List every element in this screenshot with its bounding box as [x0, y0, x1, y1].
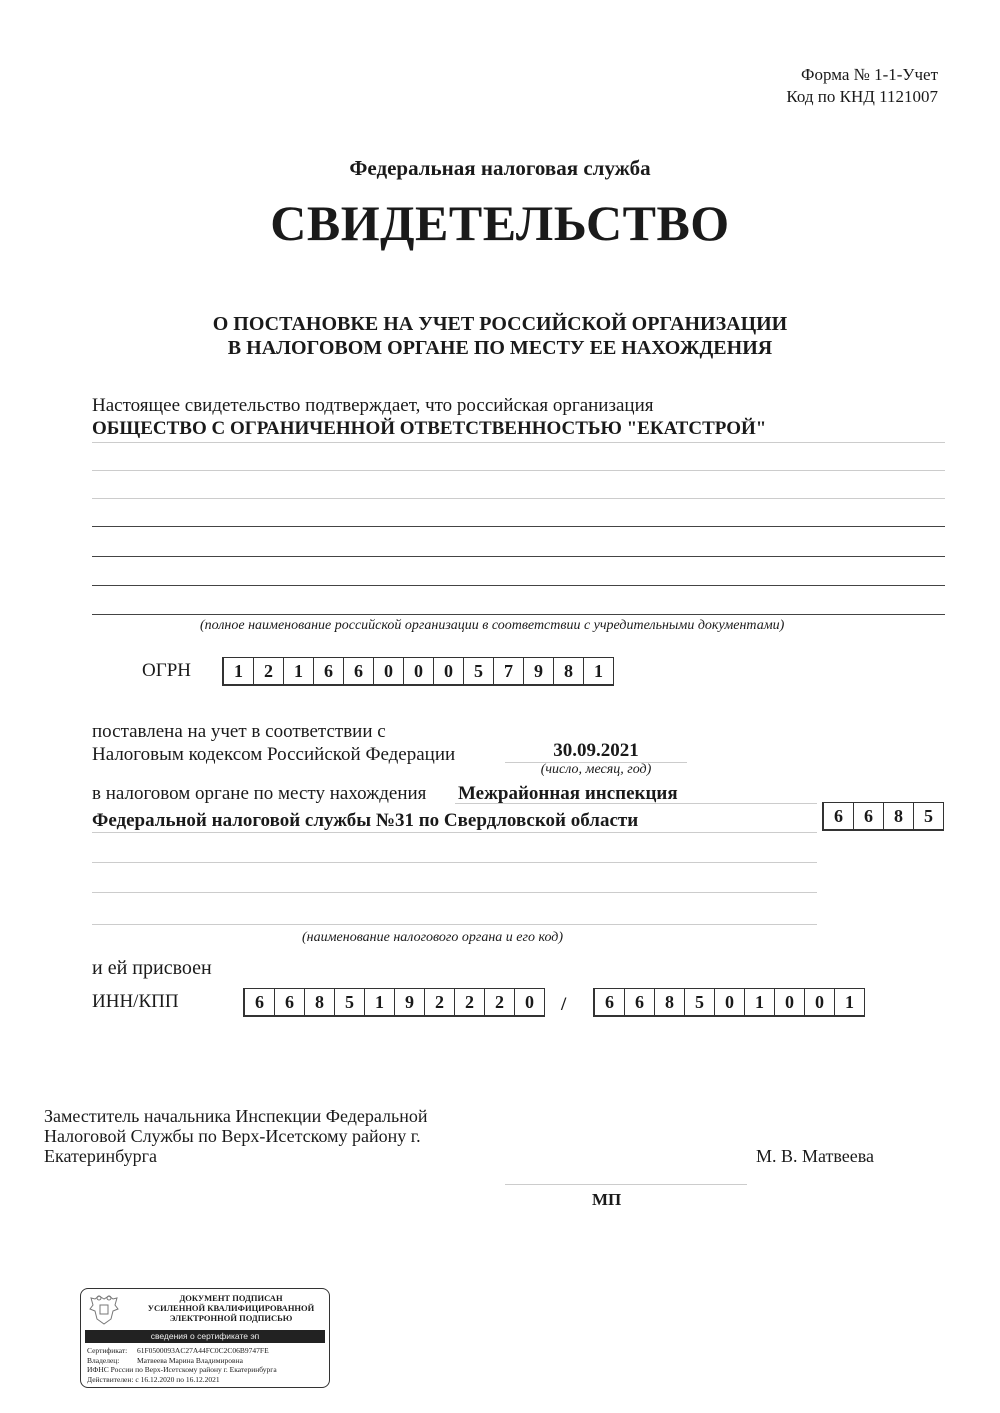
- inn-digit: 0: [515, 989, 545, 1015]
- kpp-digit: 1: [745, 989, 775, 1015]
- signature-line: [505, 1184, 747, 1185]
- ogrn-digit: 1: [224, 658, 254, 684]
- inn-digit: 2: [485, 989, 515, 1015]
- field-line: [92, 862, 817, 863]
- stamp-heading-3: ЭЛЕКТРОННОЙ ПОДПИСЬЮ: [141, 1313, 321, 1323]
- inn-digit: 2: [455, 989, 485, 1015]
- ogrn-digit: 9: [524, 658, 554, 684]
- coat-of-arms-icon: [87, 1293, 121, 1327]
- field-line: [92, 924, 817, 925]
- authority-code-digit: 5: [914, 803, 944, 829]
- intro-text: Настоящее свидетельство подтверждает, чт…: [92, 395, 653, 417]
- ogrn-digit: 5: [464, 658, 494, 684]
- stamp-bar: сведения о сертификате эп: [85, 1330, 325, 1343]
- organization-name: ОБЩЕСТВО С ОГРАНИЧЕННОЙ ОТВЕТСТВЕННОСТЬЮ…: [92, 418, 766, 440]
- field-line: [92, 556, 945, 557]
- ogrn-digit: 0: [404, 658, 434, 684]
- stamp-heading-1: ДОКУМЕНТ ПОДПИСАН: [141, 1293, 321, 1303]
- inn-digit: 8: [305, 989, 335, 1015]
- field-line: [92, 614, 945, 615]
- inn-digit: 5: [335, 989, 365, 1015]
- field-line: [92, 470, 945, 471]
- stamp-heading-2: УСИЛЕННОЙ КВАЛИФИЦИРОВАННОЙ: [141, 1303, 321, 1313]
- kpp-digit: 0: [775, 989, 805, 1015]
- registration-date: 30.09.2021: [505, 740, 687, 762]
- assigned-label: и ей присвоен: [92, 957, 212, 980]
- signer-position: Заместитель начальника Инспекции Федерал…: [44, 1106, 428, 1166]
- authority-name-part-1: Межрайонная инспекция: [458, 783, 678, 805]
- inn-digit: 9: [395, 989, 425, 1015]
- document-title: СВИДЕТЕЛЬСТВО: [0, 194, 1000, 252]
- authority-name-part-2: Федеральной налоговой службы №31 по Свер…: [92, 810, 638, 832]
- certificate-label: Сертификат:: [87, 1346, 137, 1356]
- document-subtitle: О ПОСТАНОВКЕ НА УЧЕТ РОССИЙСКОЙ ОРГАНИЗА…: [0, 312, 1000, 360]
- agency-name: Федеральная налоговая служба: [0, 156, 1000, 181]
- e-signature-stamp: ДОКУМЕНТ ПОДПИСАН УСИЛЕННОЙ КВАЛИФИЦИРОВ…: [80, 1288, 330, 1388]
- authority-label: в налоговом органе по месту нахождения: [92, 783, 426, 805]
- owner-value: Матвеева Марина Владимировна: [137, 1356, 243, 1365]
- kpp-digit: 6: [595, 989, 625, 1015]
- ogrn-digit: 6: [314, 658, 344, 684]
- ogrn-digit: 8: [554, 658, 584, 684]
- kpp-digit: 0: [805, 989, 835, 1015]
- ogrn-digit: 7: [494, 658, 524, 684]
- kpp-digit: 0: [715, 989, 745, 1015]
- ogrn-digit: 2: [254, 658, 284, 684]
- inn-kpp-label: ИНН/КПП: [92, 991, 179, 1013]
- form-identifier: Форма № 1-1-Учет Код по КНД 1121007: [786, 64, 938, 108]
- kpp-digit: 6: [625, 989, 655, 1015]
- registration-line-2: Налоговым кодексом Российской Федерации: [92, 744, 455, 766]
- ogrn-digit: 0: [374, 658, 404, 684]
- subtitle-line-2: В НАЛОГОВОМ ОРГАНЕ ПО МЕСТУ ЕЕ НАХОЖДЕНИ…: [0, 336, 1000, 360]
- position-line-1: Заместитель начальника Инспекции Федерал…: [44, 1106, 428, 1126]
- authority-code-digit: 6: [824, 803, 854, 829]
- ogrn-digit: 1: [584, 658, 614, 684]
- position-line-2: Налоговой Службы по Верх-Исетскому район…: [44, 1126, 428, 1146]
- kpp-digit: 1: [835, 989, 865, 1015]
- field-line: [92, 526, 945, 527]
- date-hint: (число, месяц, год): [505, 762, 687, 778]
- field-line: [455, 803, 817, 804]
- kpp-digit: 8: [655, 989, 685, 1015]
- ogrn-digit: 1: [284, 658, 314, 684]
- inn-cells: 6685192220: [243, 988, 545, 1017]
- issuer-value: ИФНС России по Верх-Исетскому району г. …: [87, 1365, 325, 1375]
- validity-value: Действителен: с 16.12.2020 по 16.12.2021: [87, 1375, 325, 1385]
- field-line: [92, 585, 945, 586]
- position-line-3: Екатеринбурга: [44, 1146, 428, 1166]
- subtitle-line-1: О ПОСТАНОВКЕ НА УЧЕТ РОССИЙСКОЙ ОРГАНИЗА…: [0, 312, 1000, 336]
- ogrn-cells: 1216600057981: [222, 657, 614, 686]
- ogrn-digit: 6: [344, 658, 374, 684]
- form-number: Форма № 1-1-Учет: [786, 64, 938, 86]
- authority-code-digit: 8: [884, 803, 914, 829]
- certificate-value: 61F0500093AC27A44FC0C2C06B9747FE: [137, 1346, 269, 1355]
- organization-name-hint: (полное наименование российской организа…: [200, 618, 784, 634]
- stamp-details: Сертификат:61F0500093AC27A44FC0C2C06B974…: [87, 1346, 325, 1384]
- registration-line-1: поставлена на учет в соответствии с: [92, 721, 386, 743]
- authority-hint: (наименование налогового органа и его ко…: [302, 930, 563, 946]
- field-line: [92, 442, 945, 443]
- kpp-cells: 668501001: [593, 988, 865, 1017]
- owner-label: Владелец:: [87, 1356, 137, 1366]
- inn-digit: 6: [245, 989, 275, 1015]
- field-line: [92, 832, 817, 833]
- authority-code-cells: 6685: [822, 802, 944, 831]
- inn-digit: 6: [275, 989, 305, 1015]
- field-line: [92, 892, 817, 893]
- signer-name: М. В. Матвеева: [756, 1146, 874, 1167]
- field-line: [92, 498, 945, 499]
- inn-digit: 1: [365, 989, 395, 1015]
- ogrn-digit: 0: [434, 658, 464, 684]
- inn-kpp-separator: /: [561, 994, 566, 1016]
- seal-mark: МП: [592, 1190, 621, 1210]
- inn-digit: 2: [425, 989, 455, 1015]
- kpp-digit: 5: [685, 989, 715, 1015]
- authority-code-digit: 6: [854, 803, 884, 829]
- stamp-heading: ДОКУМЕНТ ПОДПИСАН УСИЛЕННОЙ КВАЛИФИЦИРОВ…: [141, 1293, 321, 1323]
- knd-code: Код по КНД 1121007: [786, 86, 938, 108]
- ogrn-label: ОГРН: [142, 660, 191, 682]
